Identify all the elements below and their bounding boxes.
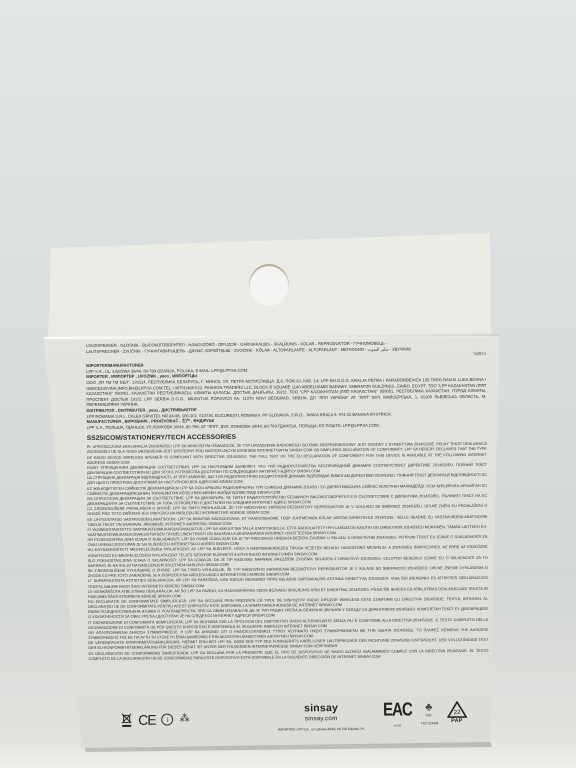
brand-block: sinsay sinsay.com IMPORTER: LPP S.A., ul…	[266, 702, 376, 732]
eac-icon: EAC	[383, 702, 412, 720]
fsc-mark: ♣ FSC FSC C18488	[421, 701, 437, 725]
fsc-label: FSC	[421, 713, 437, 717]
label-text: LOUDSPEAKER - GŁOŚNIK - ВЫСОКОГОВОРИТЕЛ …	[86, 340, 488, 662]
fsc-code: FSC C18488	[421, 721, 437, 725]
recycling-mark: 22 PAP	[446, 701, 468, 724]
circle-arrow-icon: ↓	[162, 714, 174, 726]
certification-marks: EAC N 20 ♣ FSC FSC C18488 22 PAP	[383, 701, 468, 728]
brand-url: sinsay.com	[266, 715, 376, 723]
card-footer: CE ↓ ⁂ sinsay sinsay.com IMPORTER: LPP S…	[118, 697, 498, 740]
compliance-symbols: CE ↓ ⁂	[121, 712, 190, 727]
svg-text:22: 22	[453, 710, 460, 716]
photo-scene: LOUDSPEAKER - GŁOŚNIK - ВЫСОКОГОВОРИТЕЛ …	[0, 0, 576, 768]
weee-crossed-bin-icon	[121, 713, 132, 726]
section-title: SS25ICOM/STATIONERY/TECH ACCESSORIES	[87, 432, 487, 442]
brand-logo: sinsay	[266, 702, 376, 715]
fsc-tree-icon: ♣	[421, 701, 437, 713]
triangle-warning-icon: ⁂	[180, 714, 190, 724]
recycle-triangle-icon: 22	[447, 701, 467, 718]
eac-mark: EAC N 20	[383, 701, 412, 727]
hang-hole	[249, 264, 289, 306]
importer-line: IMPORTER: LPP S.A., ul. Łąkowa 39/44, 80…	[266, 727, 376, 732]
eac-code: N 20	[383, 723, 412, 727]
ce-mark-icon: CE	[138, 713, 156, 727]
importer2-text: ООО „ЛП ГМ ГМ БЕЛ", 220114, РЕСПУБЛИКА Б…	[86, 377, 486, 408]
declarations-of-conformity: PL UPROSZCZONA DEKLARACJA ZGODNOŚCI LPP …	[87, 442, 489, 662]
recycle-label: PAP	[446, 718, 468, 724]
